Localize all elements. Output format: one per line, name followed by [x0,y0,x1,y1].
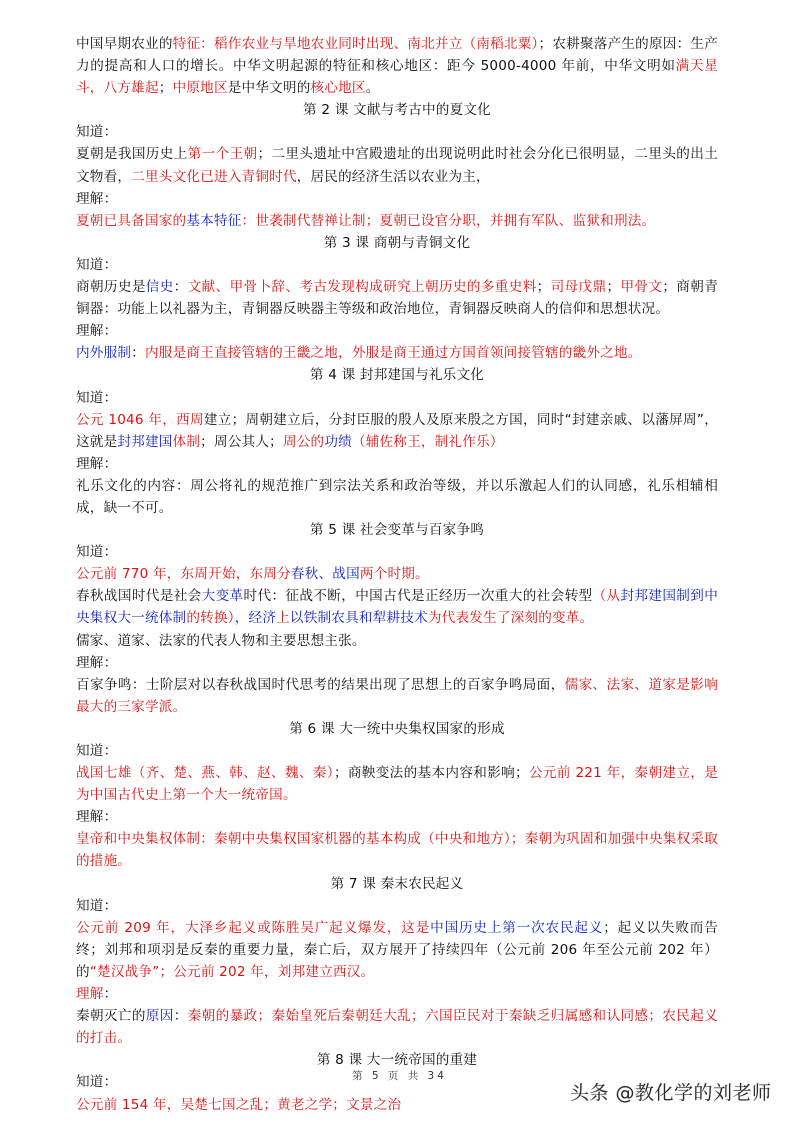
body-text: 理解： [76,191,117,207]
body-text: ； [606,279,620,295]
section-label: 理解： [76,188,718,210]
paragraph: 内外服制：内服是商王直接管辖的王畿之地，外服是商王通过方国首领间接管辖的畿外之地… [76,342,718,364]
body-text: ； [537,279,551,295]
highlight-red-text: “楚汉战争”；公元前 202 年，刘邦建立西汉。 [90,964,375,980]
highlight-red-text: 特征：稻作农业与旱地农业同时出现、南北并立（南稻北粟） [173,36,539,52]
paragraph: 公元前 209 年，大泽乡起义或陈胜吴广起义爆发，这是中国历史上第一次农民起义；… [76,917,718,983]
paragraph: 战国七雄（齐、楚、燕、韩、赵、魏、秦）；商鞅变法的基本内容和影响；公元前 221… [76,762,718,806]
watermark: 头条 @教化学的刘老师 [570,1078,772,1105]
highlight-red-text: 公元前 209 年，大泽乡起义或陈胜吴广起义爆发，这是 [76,920,430,936]
highlight-red-text: 内服是商王直接管辖的王畿之地，外服是商王通过方国首领间接管辖的畿外之地。 [145,345,642,361]
body-text: 儒家、道家、法家的代表人物和主要思想主张。 [76,633,366,649]
paragraph: 夏朝是我国历史上第一个王朝；二里头遗址中宫殿遗址的出现说明此时社会分化已很明显，… [76,143,718,187]
paragraph: 中国早期农业的特征：稻作农业与旱地农业同时出现、南北并立（南稻北粟）；农耕聚落产… [76,33,718,99]
section-label: 理解： [76,806,718,828]
highlight-red-text: 的转换） [186,610,234,626]
body-text: 中国早期农业的 [76,36,173,52]
section-label: 知道： [76,895,718,917]
body-text: 春秋战国时代是社会 [76,588,202,604]
highlight-red-text: 第一个王朝 [188,146,258,162]
body-text: 百家争鸣：士阶层对以春秋战国时代思考的结果出现了思想上的百家争鸣局面， [76,677,565,693]
highlight-red-text: （从 [593,588,621,604]
body-text: 商朝历史是 [76,279,146,295]
highlight-red-text: 两个时期。 [360,566,429,582]
body-text: ： [104,986,118,1002]
highlight-blue-text: 大变革 [202,588,244,604]
body-text: ； [159,80,173,96]
paragraph: 公元前 770 年，东周开始，东周分春秋、战国两个时期。 [76,563,718,585]
section-label: 理解： [76,320,718,342]
lesson-heading: 第 7 课 秦末农民起义 [76,873,718,895]
paragraph: 秦朝灭亡的原因：秦朝的暴政；秦始皇死后秦朝廷大乱；六国臣民对于秦缺乏归属感和认同… [76,1005,718,1049]
highlight-red-text: 皇帝和中央集权体制：秦朝中央集权国家机器的基本构成（中央和地方）；秦朝为巩固和加… [76,831,718,869]
section-label: 理解： [76,983,718,1005]
body-text: 理解： [76,809,117,825]
body-text: 理解： [76,655,117,671]
body-text: 知道： [76,124,117,140]
lesson-heading: 第 6 课 大一统中央集权国家的形成 [76,718,718,740]
paragraph: 夏朝已具备国家的基本特征：世袭制代替禅让制；夏朝已设官分职，并拥有军队、监狱和刑… [76,210,718,232]
body-text: 知道： [76,743,117,759]
highlight-red-text: 上 [276,610,290,626]
lesson-heading: 第 3 课 商朝与青铜文化 [76,232,718,254]
highlight-blue-text: 内外服制 [76,345,131,361]
body-text: 知道： [76,898,117,914]
highlight-red-text: 甲骨文 [620,279,662,295]
highlight-red-text: 公元前 154 年，吴楚七国之乱；黄老之学；文景之治 [76,1097,401,1113]
highlight-blue-text: 以铁制农具和犁耕技术 [290,610,428,626]
highlight-red-text: 周公的 [283,434,324,450]
paragraph: 商朝历史是信史：文献、甲骨卜辞、考古发现构成研究上朝历史的多重史料；司母戊鼎；甲… [76,276,718,320]
highlight-blue-text: ，经济 [235,610,276,626]
highlight-red-text: 公元前 770 年，东周开始，东周分 [76,566,291,582]
body-text: 礼乐文化的内容：周公将礼的规范推广到宗法关系和政治等级，并以乐激起人们的认同感，… [76,478,718,516]
highlight-blue-text: 基本特征 [186,213,241,229]
lesson-heading: 第 4 课 封邦建国与礼乐文化 [76,364,718,386]
body-text: ；周公其人； [200,434,283,450]
highlight-red-text: 战国七雄（齐、楚、燕、韩、赵、魏、秦） [76,765,334,781]
body-text: 理解： [76,323,117,339]
lesson-heading: 第 2 课 文献与考古中的夏文化 [76,99,718,121]
body-text: 时代：征战不断，中国古代是正经历一次重大的社会转型 [244,588,593,604]
paragraph: 春秋战国时代是社会大变革时代：征战不断，中国古代是正经历一次重大的社会转型（从封… [76,585,718,629]
highlight-red-text: 公元 1046 年，西周 [76,412,204,428]
highlight-red-text: 为代表发生了深刻的变革。 [428,610,594,626]
highlight-blue-text: 中国历史上第一次农民起义 [430,920,603,936]
body-text: ，居民的经济生活以农业为主， [297,169,490,185]
body-text: 秦朝灭亡的 [76,1008,146,1024]
page-number-footer: 第 5 页 共 34 [352,1068,447,1083]
body-text: ： [174,279,188,295]
highlight-red-text: 核心地区 [311,80,366,96]
highlight-red-text: （辅佐称王，制礼作乐） [352,434,504,450]
body-text: 知道： [76,390,117,406]
lesson-heading: 第 5 课 社会变革与百家争鸣 [76,519,718,541]
highlight-red-text: 司母戊鼎 [550,279,606,295]
highlight-red-text: 体制 [173,434,201,450]
document-page: 中国早期农业的特征：稻作农业与旱地农业同时出现、南北并立（南稻北粟）；农耕聚落产… [76,33,718,1116]
paragraph: 皇帝和中央集权体制：秦朝中央集权国家机器的基本构成（中央和地方）；秦朝为巩固和加… [76,828,718,872]
highlight-blue-text: 原因 [146,1008,174,1024]
body-text: 。 [366,80,380,96]
highlight-red-text: 文献、甲骨卜辞、考古发现构成研究上朝历史的多重史料 [188,279,537,295]
section-label: 知道： [76,121,718,143]
highlight-blue-text: 信史 [146,279,174,295]
body-text: ： [174,1008,188,1024]
paragraph: 儒家、道家、法家的代表人物和主要思想主张。 [76,630,718,652]
body-text: ；商鞅变法的基本内容和影响； [334,765,529,781]
highlight-red-text: 理解 [76,986,104,1002]
highlight-blue-text: 功绩 [324,434,352,450]
section-label: 理解： [76,453,718,475]
body-text: 夏朝是我国历史上 [76,146,188,162]
highlight-red-text: 二里头文化已进入青铜时代 [131,169,297,185]
highlight-blue-text: 春秋、战国 [291,566,360,582]
highlight-red-text: 中原地区 [173,80,228,96]
paragraph: 礼乐文化的内容：周公将礼的规范推广到宗法关系和政治等级，并以乐激起人们的认同感，… [76,475,718,519]
body-text: 知道： [76,544,117,560]
section-label: 理解： [76,652,718,674]
paragraph: 公元 1046 年，西周建立；周朝建立后，分封臣服的殷人及原来殷之方国，同时“封… [76,409,718,453]
body-text: 是中华文明的 [228,80,311,96]
body-text: ： [131,345,145,361]
section-label: 知道： [76,541,718,563]
section-label: 知道： [76,387,718,409]
highlight-blue-text: 封邦建国 [117,434,172,450]
body-text: 知道： [76,1074,117,1090]
section-label: 知道： [76,254,718,276]
body-text: 知道： [76,257,117,273]
highlight-red-text: 夏朝已具备国家的 [76,213,186,229]
body-text: 理解： [76,456,117,472]
section-label: 知道： [76,740,718,762]
paragraph: 百家争鸣：士阶层对以春秋战国时代思考的结果出现了思想上的百家争鸣局面，儒家、法家… [76,674,718,718]
highlight-red-text: ：世袭制代替禅让制；夏朝已设官分职，并拥有军队、监狱和刑法。 [242,213,656,229]
